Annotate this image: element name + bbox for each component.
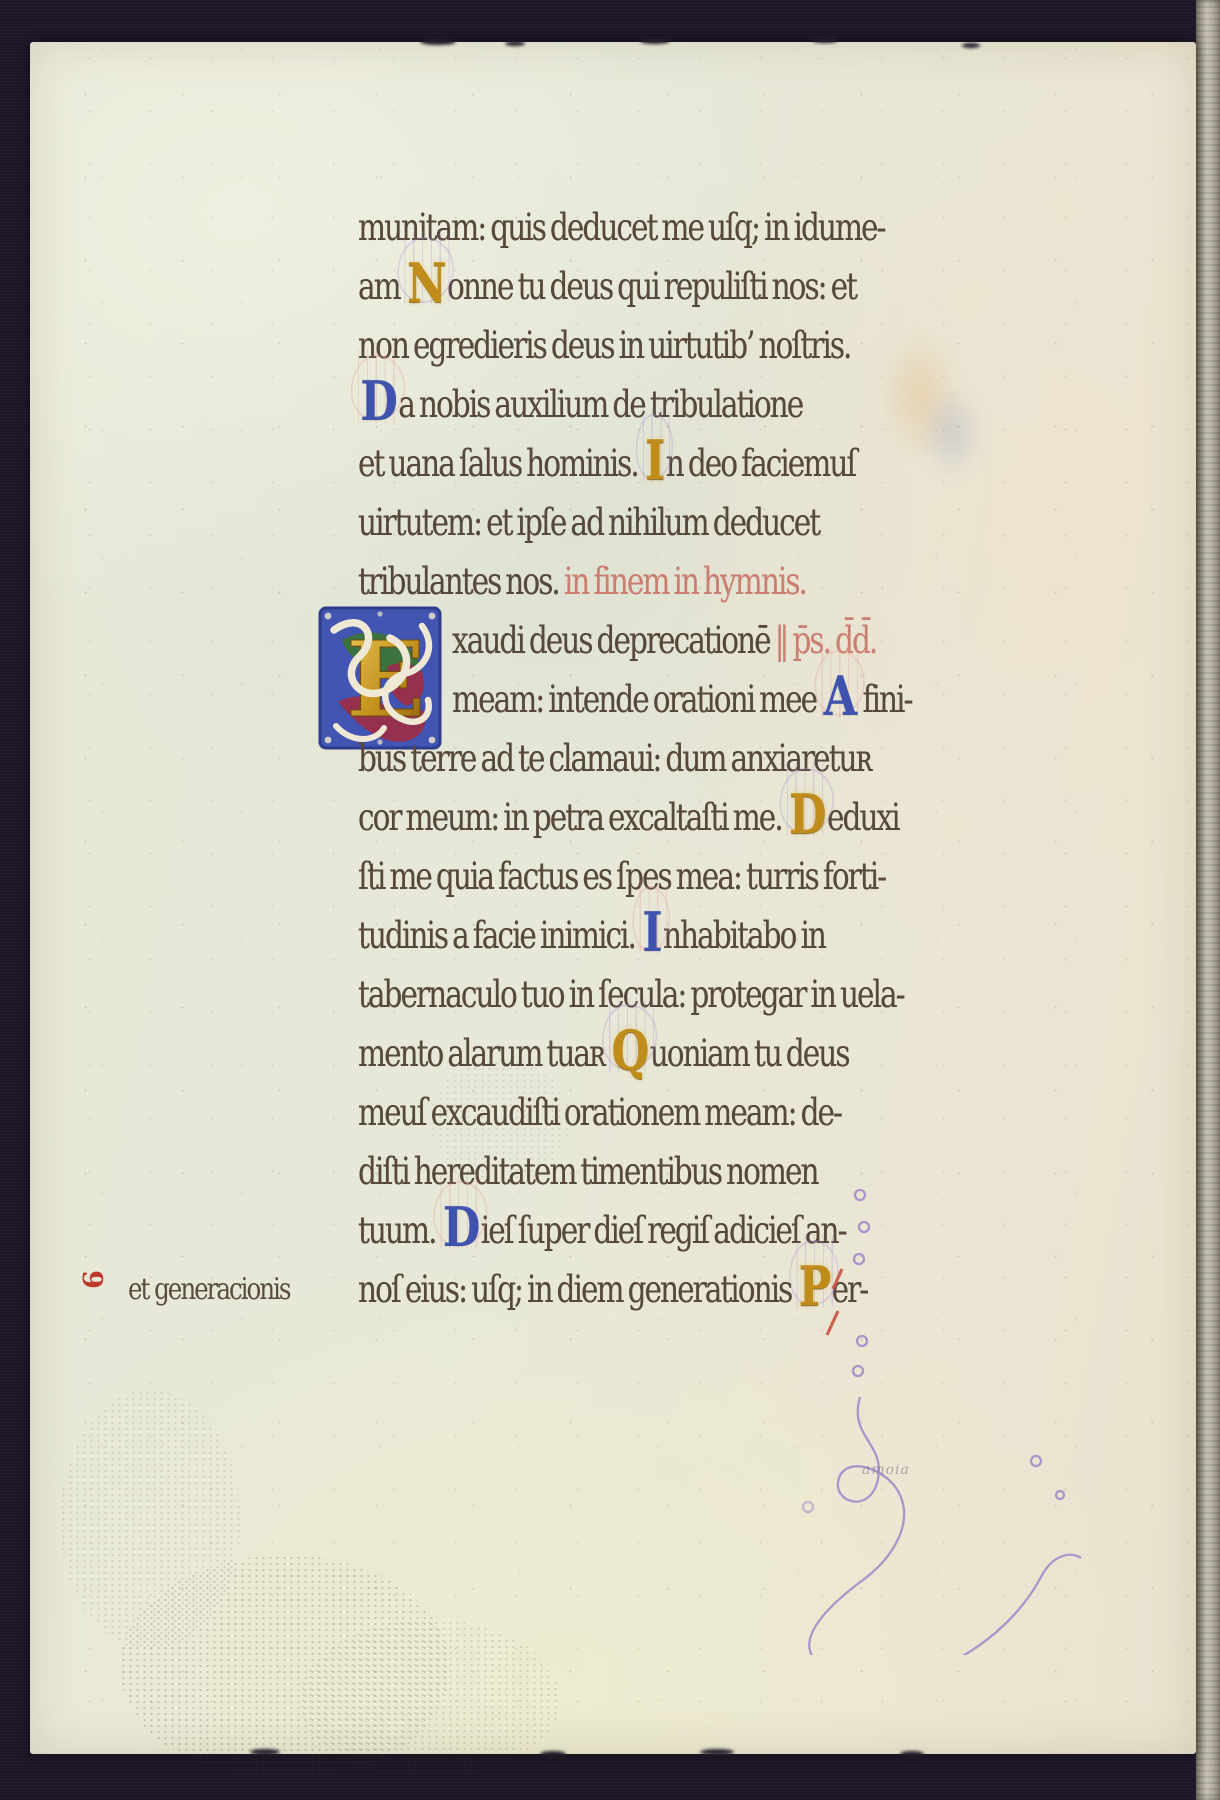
line-text: nhabitabo in [663,914,825,957]
line-text: cor meum: in petra excaltaſti me. [358,796,787,839]
edge-nick [540,1751,566,1757]
text-line: et uana ſalus hominis. In deo faciemuſ [358,442,855,485]
line-text: meuſ excaudiſti orationem meam: de- [358,1091,841,1134]
text-line: meuſ excaudiſti orationem meam: de- [358,1091,841,1134]
edge-nick [505,41,525,46]
text-line: Da nobis auxilium de tribulatione [358,383,802,426]
line-text: meam: intende orationi mee [452,678,821,721]
line-text: mento alarum tuaʀ [358,1032,609,1075]
line-text: tuum. [358,1209,441,1252]
line-text: a nobis auxilium de tribulatione [398,383,802,426]
line-text: xaudi deus deprecationē [452,619,770,662]
line-text: n deo faciemuſ [666,442,856,485]
edge-nick [962,43,980,48]
text-line: tudinis a facie inimici. Inhabitabo in [358,914,825,957]
margin-gloss: et generacionis [128,1272,289,1307]
text-line: ſti me quia factus es ſpes mea: turris f… [358,855,885,898]
line-text: uoniam tu deus [650,1032,849,1075]
text-line: mento alarum tuaʀ Quoniam tu deus [358,1032,849,1075]
manuscript-photo: E munitam: quis deducet me uſq; in idume… [0,0,1220,1800]
line-text: non egredieris deus in uirtutib’ noſtris… [358,324,850,367]
speckle-patch [300,1620,560,1780]
line-text: et uana ſalus hominis. [358,442,643,485]
edge-nick [420,39,456,45]
line-text: onne tu deus qui repuliſti nos: et [447,265,856,308]
line-text: tribulantes nos. [358,560,564,603]
line-text: ſti me quia factus es ſpes mea: turris f… [358,855,885,898]
edge-nick [640,38,670,44]
line-text: uirtutem: et ipſe ad nihilum deducet [358,501,819,544]
text-line: tribulantes nos. in finem in hymnis. [358,560,806,603]
text-line: cor meum: in petra excaltaſti me. Deduxi [358,796,899,839]
initial-E-artwork: E [318,606,442,750]
ink-showthrough [920,385,984,480]
text-line: xaudi deus deprecationē ‖ p̄s. d̄d̄. [452,619,876,662]
speckle-patch [60,1390,240,1650]
text-line: meam: intende orationi mee A fini- [452,678,912,721]
pen-flourish [720,1165,1100,1655]
line-text: tudinis a facie inimici. [358,914,640,957]
quire-mark: 9 [76,1270,107,1289]
text-line: non egredieris deus in uirtutib’ noſtris… [358,324,850,367]
illuminated-initial-E: E [318,606,442,750]
edge-nick [900,1751,924,1757]
text-line: uirtutem: et ipſe ad nihilum deducet [358,501,819,544]
pencil-note: amoia [862,1462,910,1478]
rubric-text: in finem in hymnis. [564,560,806,603]
text-line: am Nonne tu deus qui repuliſti nos: et [358,265,856,308]
edge-nick [700,1749,734,1755]
edge-nick [812,37,838,43]
line-text: fini- [858,678,912,721]
line-text: eduxi [827,796,899,839]
book-fore-edge [1196,0,1220,1800]
